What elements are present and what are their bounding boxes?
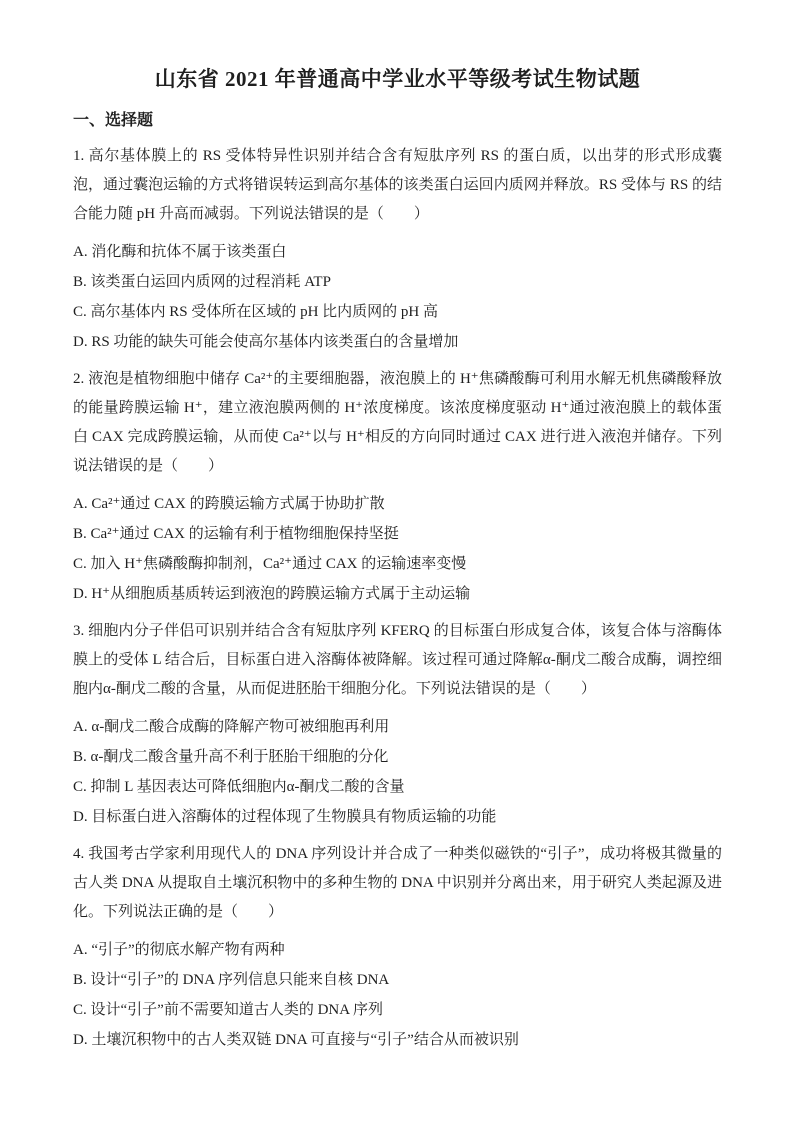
question-1: 1. 高尔基体膜上的 RS 受体特异性识别并结合含有短肽序列 RS 的蛋白质，以… [73, 142, 722, 357]
question-4-stem: 4. 我国考古学家利用现代人的 DNA 序列设计并合成了一种类似磁铁的“引子”，… [73, 840, 722, 927]
question-1-stem: 1. 高尔基体膜上的 RS 受体特异性识别并结合含有短肽序列 RS 的蛋白质，以… [73, 142, 722, 229]
question-1-option-b: B. 该类蛋白运回内质网的过程消耗 ATP [73, 267, 722, 297]
question-1-option-c: C. 高尔基体内 RS 受体所在区域的 pH 比内质网的 pH 高 [73, 297, 722, 327]
section-heading-multiple-choice: 一、选择题 [73, 110, 722, 132]
question-2-stem: 2. 液泡是植物细胞中储存 Ca²⁺的主要细胞器，液泡膜上的 H⁺焦磷酸酶可利用… [73, 365, 722, 481]
exam-document-page: 山东省 2021 年普通高中学业水平等级考试生物试题 一、选择题 1. 高尔基体… [0, 0, 793, 1122]
question-3-option-d: D. 目标蛋白进入溶酶体的过程体现了生物膜具有物质运输的功能 [73, 802, 722, 832]
question-4-option-a: A. “引子”的彻底水解产物有两种 [73, 935, 722, 965]
question-4-option-b: B. 设计“引子”的 DNA 序列信息只能来自核 DNA [73, 965, 722, 995]
question-2: 2. 液泡是植物细胞中储存 Ca²⁺的主要细胞器，液泡膜上的 H⁺焦磷酸酶可利用… [73, 365, 722, 609]
question-1-option-d: D. RS 功能的缺失可能会使高尔基体内该类蛋白的含量增加 [73, 327, 722, 357]
question-3-option-b: B. α-酮戊二酸含量升高不利于胚胎干细胞的分化 [73, 742, 722, 772]
question-3-option-c: C. 抑制 L 基因表达可降低细胞内α-酮戊二酸的含量 [73, 772, 722, 802]
question-2-option-b: B. Ca²⁺通过 CAX 的运输有利于植物细胞保持坚挺 [73, 519, 722, 549]
question-4-option-d: D. 土壤沉积物中的古人类双链 DNA 可直接与“引子”结合从而被识别 [73, 1025, 722, 1055]
question-2-option-a: A. Ca²⁺通过 CAX 的跨膜运输方式属于协助扩散 [73, 489, 722, 519]
question-3-option-a: A. α-酮戊二酸合成酶的降解产物可被细胞再利用 [73, 712, 722, 742]
document-title: 山东省 2021 年普通高中学业水平等级考试生物试题 [73, 64, 722, 94]
question-4: 4. 我国考古学家利用现代人的 DNA 序列设计并合成了一种类似磁铁的“引子”，… [73, 840, 722, 1055]
question-2-option-d: D. H⁺从细胞质基质转运到液泡的跨膜运输方式属于主动运输 [73, 579, 722, 609]
question-3: 3. 细胞内分子伴侣可识别并结合含有短肽序列 KFERQ 的目标蛋白形成复合体，… [73, 617, 722, 832]
question-3-stem: 3. 细胞内分子伴侣可识别并结合含有短肽序列 KFERQ 的目标蛋白形成复合体，… [73, 617, 722, 704]
question-2-option-c: C. 加入 H⁺焦磷酸酶抑制剂，Ca²⁺通过 CAX 的运输速率变慢 [73, 549, 722, 579]
question-4-option-c: C. 设计“引子”前不需要知道古人类的 DNA 序列 [73, 995, 722, 1025]
question-1-option-a: A. 消化酶和抗体不属于该类蛋白 [73, 237, 722, 267]
